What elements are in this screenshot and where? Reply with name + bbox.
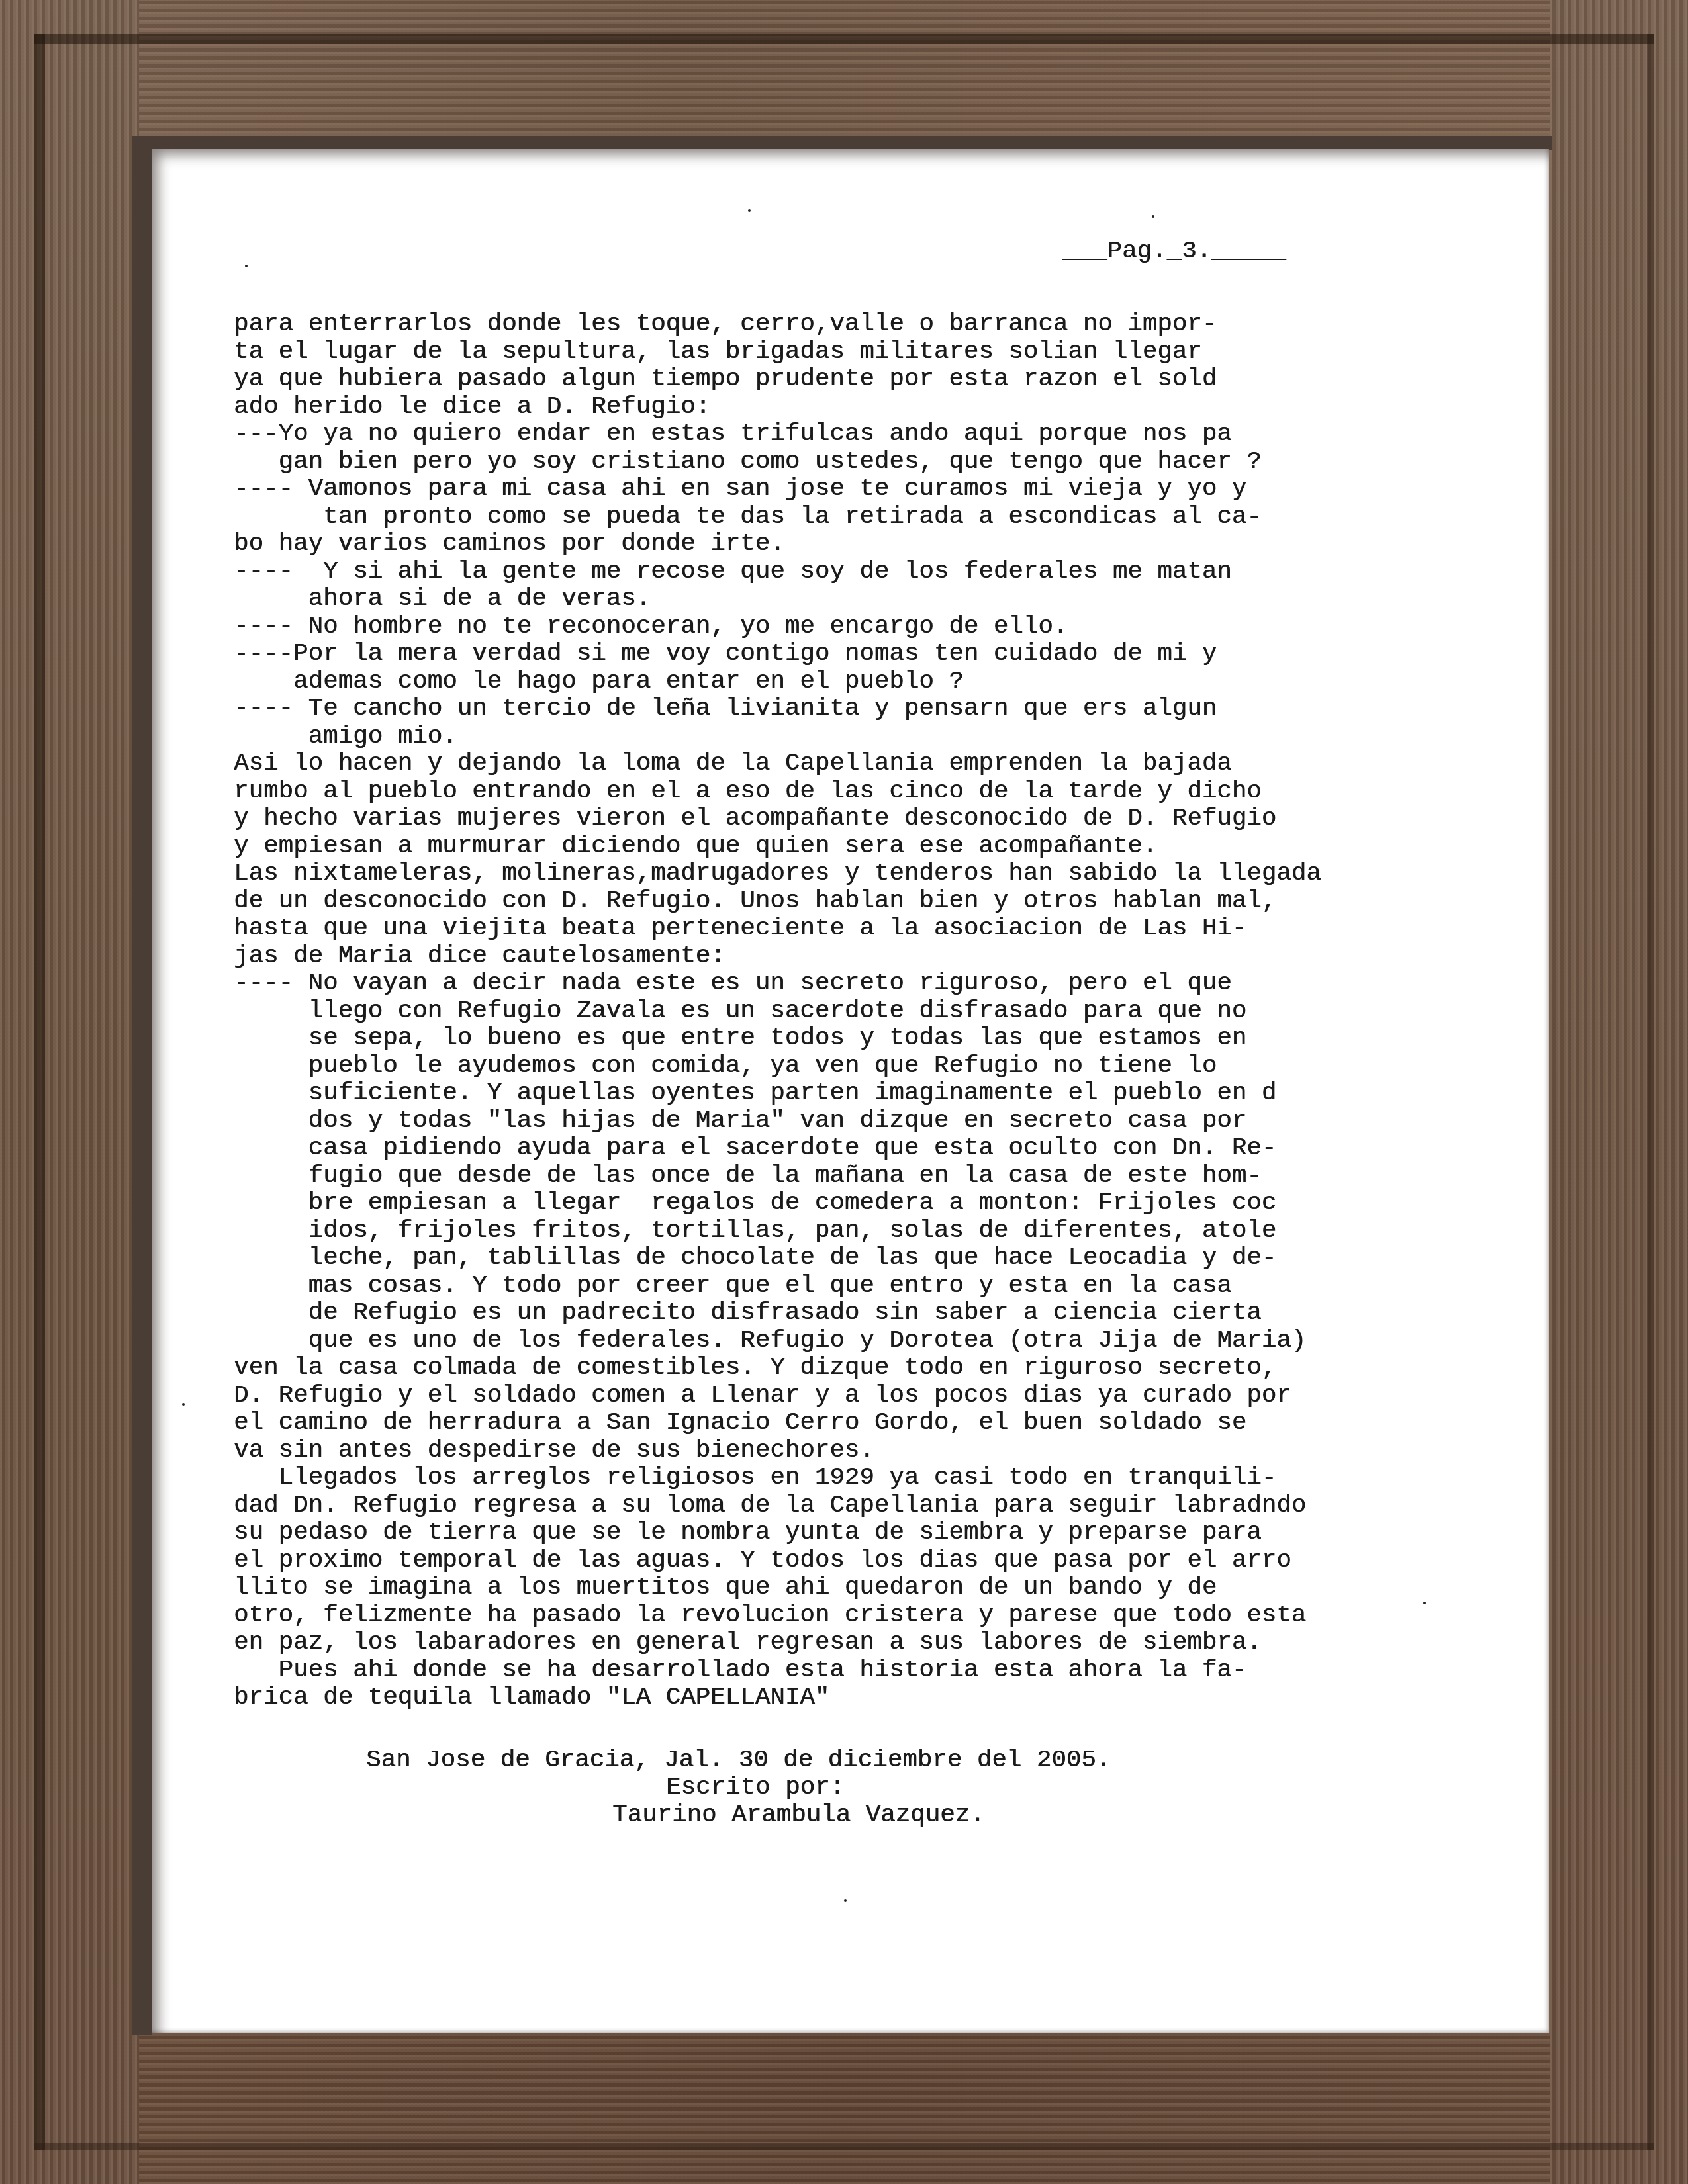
- text-line: gan bien pero yo soy cristiano como uste…: [234, 449, 1321, 477]
- text-line: ---- Te cancho un tercio de leña liviani…: [234, 696, 1321, 723]
- text-line: ya que hubiera pasado algun tiempo prude…: [234, 366, 1321, 394]
- text-line: bo hay varios caminos por donde irte.: [234, 531, 1321, 559]
- text-line: bre empiesan a llegar regalos de comeder…: [234, 1190, 1321, 1218]
- text-line: va sin antes despedirse de sus bienechor…: [234, 1437, 1321, 1465]
- text-line: Llegados los arreglos religiosos en 1929…: [234, 1465, 1321, 1492]
- frame-inner-lip: [132, 136, 1552, 150]
- text-line: ado herido le dice a D. Refugio:: [234, 394, 1321, 422]
- text-line: de Refugio es un padrecito disfrasado si…: [234, 1300, 1321, 1328]
- text-line: fugio que desde de las once de la mañana…: [234, 1163, 1321, 1191]
- frame-bottom-rail: [0, 2033, 1688, 2184]
- text-line: dad Dn. Refugio regresa a su loma de la …: [234, 1492, 1321, 1520]
- text-line: suficiente. Y aquellas oyentes parten im…: [234, 1080, 1321, 1108]
- text-line: ---- No vayan a decir nada este es un se…: [234, 970, 1321, 998]
- text-line: se sepa, lo bueno es que entre todos y t…: [234, 1025, 1321, 1053]
- text-line: rumbo al pueblo entrando en el a eso de …: [234, 778, 1321, 806]
- scan-speck: [1423, 1602, 1426, 1604]
- written-by-label: Escrito por:: [666, 1774, 845, 1802]
- text-line: llego con Refugio Zavala es un sacerdote…: [234, 998, 1321, 1026]
- signature-block: San Jose de Gracia, Jal. 30 de diciembre…: [0, 1747, 1688, 1858]
- text-line: el camino de herradura a San Ignacio Cer…: [234, 1410, 1321, 1437]
- text-line: ven la casa colmada de comestibles. Y di…: [234, 1355, 1321, 1383]
- text-line: casa pidiendo ayuda para el sacerdote qu…: [234, 1135, 1321, 1163]
- text-line: amigo mio.: [234, 723, 1321, 751]
- text-line: D. Refugio y el soldado comen a Llenar y…: [234, 1383, 1321, 1410]
- text-line: Las nixtameleras, molineras,madrugadores…: [234, 860, 1321, 888]
- text-line: idos, frijoles fritos, tortillas, pan, s…: [234, 1218, 1321, 1246]
- text-line: otro, felizmente ha pasado la revolucion…: [234, 1602, 1321, 1630]
- text-line: ----Por la mera verdad si me voy contigo…: [234, 641, 1321, 668]
- text-line: llito se imagina a los muertitos que ahi…: [234, 1574, 1321, 1602]
- text-line: pueblo le ayudemos con comida, ya ven qu…: [234, 1053, 1321, 1081]
- text-line: ahora si de a de veras.: [234, 586, 1321, 614]
- scan-speck: [1152, 215, 1154, 218]
- text-line: leche, pan, tablillas de chocolate de la…: [234, 1245, 1321, 1273]
- text-line: brica de tequila llamado "LA CAPELLANIA": [234, 1684, 1321, 1712]
- page-number: ___Pag._3._____: [1062, 238, 1286, 265]
- text-line: hasta que una viejita beata pertenecient…: [234, 915, 1321, 943]
- scan-speck: [844, 1899, 847, 1902]
- text-line: ---- Vamonos para mi casa ahi en san jos…: [234, 476, 1321, 504]
- body-text: para enterrarlos donde les toque, cerro,…: [234, 311, 1321, 1712]
- text-line: Asi lo hacen y dejando la loma de la Cap…: [234, 751, 1321, 778]
- text-line: mas cosas. Y todo por creer que el que e…: [234, 1273, 1321, 1300]
- text-line: ta el lugar de la sepultura, las brigada…: [234, 339, 1321, 367]
- text-line: jas de Maria dice cautelosamente:: [234, 943, 1321, 971]
- author-name: Taurino Arambula Vazquez.: [612, 1802, 985, 1830]
- text-line: ---- No hombre no te reconoceran, yo me …: [234, 614, 1321, 641]
- scan-speck: [748, 209, 751, 212]
- scan-speck: [182, 1403, 185, 1406]
- text-line: para enterrarlos donde les toque, cerro,…: [234, 311, 1321, 339]
- text-line: tan pronto como se pueda te das la retir…: [234, 504, 1321, 531]
- text-line: el proximo temporal de las aguas. Y todo…: [234, 1547, 1321, 1575]
- text-line: dos y todas "las hijas de Maria" van diz…: [234, 1108, 1321, 1136]
- text-line: ---Yo ya no quiero endar en estas triful…: [234, 421, 1321, 449]
- frame-top-rail: [0, 0, 1688, 149]
- text-line: y hecho varias mujeres vieron el acompañ…: [234, 805, 1321, 833]
- frame-groove: [34, 2143, 1654, 2150]
- text-line: su pedaso de tierra que se le nombra yun…: [234, 1520, 1321, 1547]
- place-and-date: San Jose de Gracia, Jal. 30 de diciembre…: [366, 1747, 1111, 1775]
- text-line: en paz, los labaradores en general regre…: [234, 1629, 1321, 1657]
- text-line: ---- Y si ahi la gente me recose que soy…: [234, 559, 1321, 586]
- text-line: y empiesan a murmurar diciendo que quien…: [234, 833, 1321, 861]
- scan-speck: [245, 265, 248, 267]
- frame-groove: [34, 34, 1654, 44]
- text-line: ademas como le hago para entar en el pue…: [234, 668, 1321, 696]
- text-line: que es uno de los federales. Refugio y D…: [234, 1328, 1321, 1355]
- text-line: Pues ahi donde se ha desarrollado esta h…: [234, 1657, 1321, 1685]
- text-line: de un desconocido con D. Refugio. Unos h…: [234, 888, 1321, 916]
